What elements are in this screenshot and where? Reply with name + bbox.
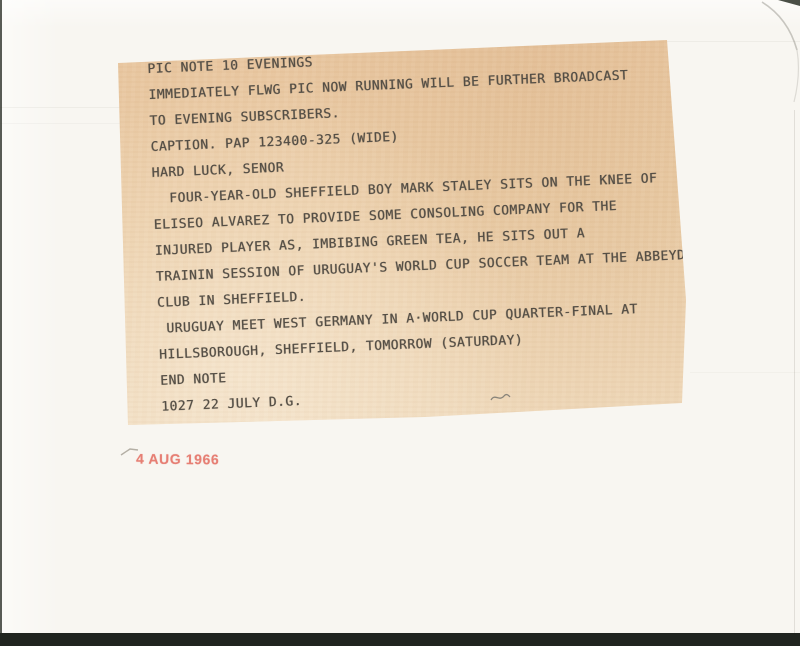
photo-streak — [0, 123, 138, 124]
photo-edge-left — [0, 0, 2, 646]
crease-mark — [742, 0, 800, 110]
pencil-mark — [120, 447, 142, 457]
typed-note-paper: PIC NOTE 10 EVENINGS IMMEDIATELY FLWG PI… — [115, 36, 693, 428]
pen-squiggle-mark — [490, 392, 512, 404]
photo-edge-shadow — [794, 110, 795, 633]
typed-text: PIC NOTE 10 EVENINGS IMMEDIATELY FLWG PI… — [147, 30, 800, 421]
date-stamp: 4 AUG 1966 — [136, 451, 219, 468]
photo-edge-bottom — [0, 633, 800, 646]
photo-streak — [690, 372, 800, 373]
photo-print: PIC NOTE 10 EVENINGS IMMEDIATELY FLWG PI… — [0, 0, 800, 646]
